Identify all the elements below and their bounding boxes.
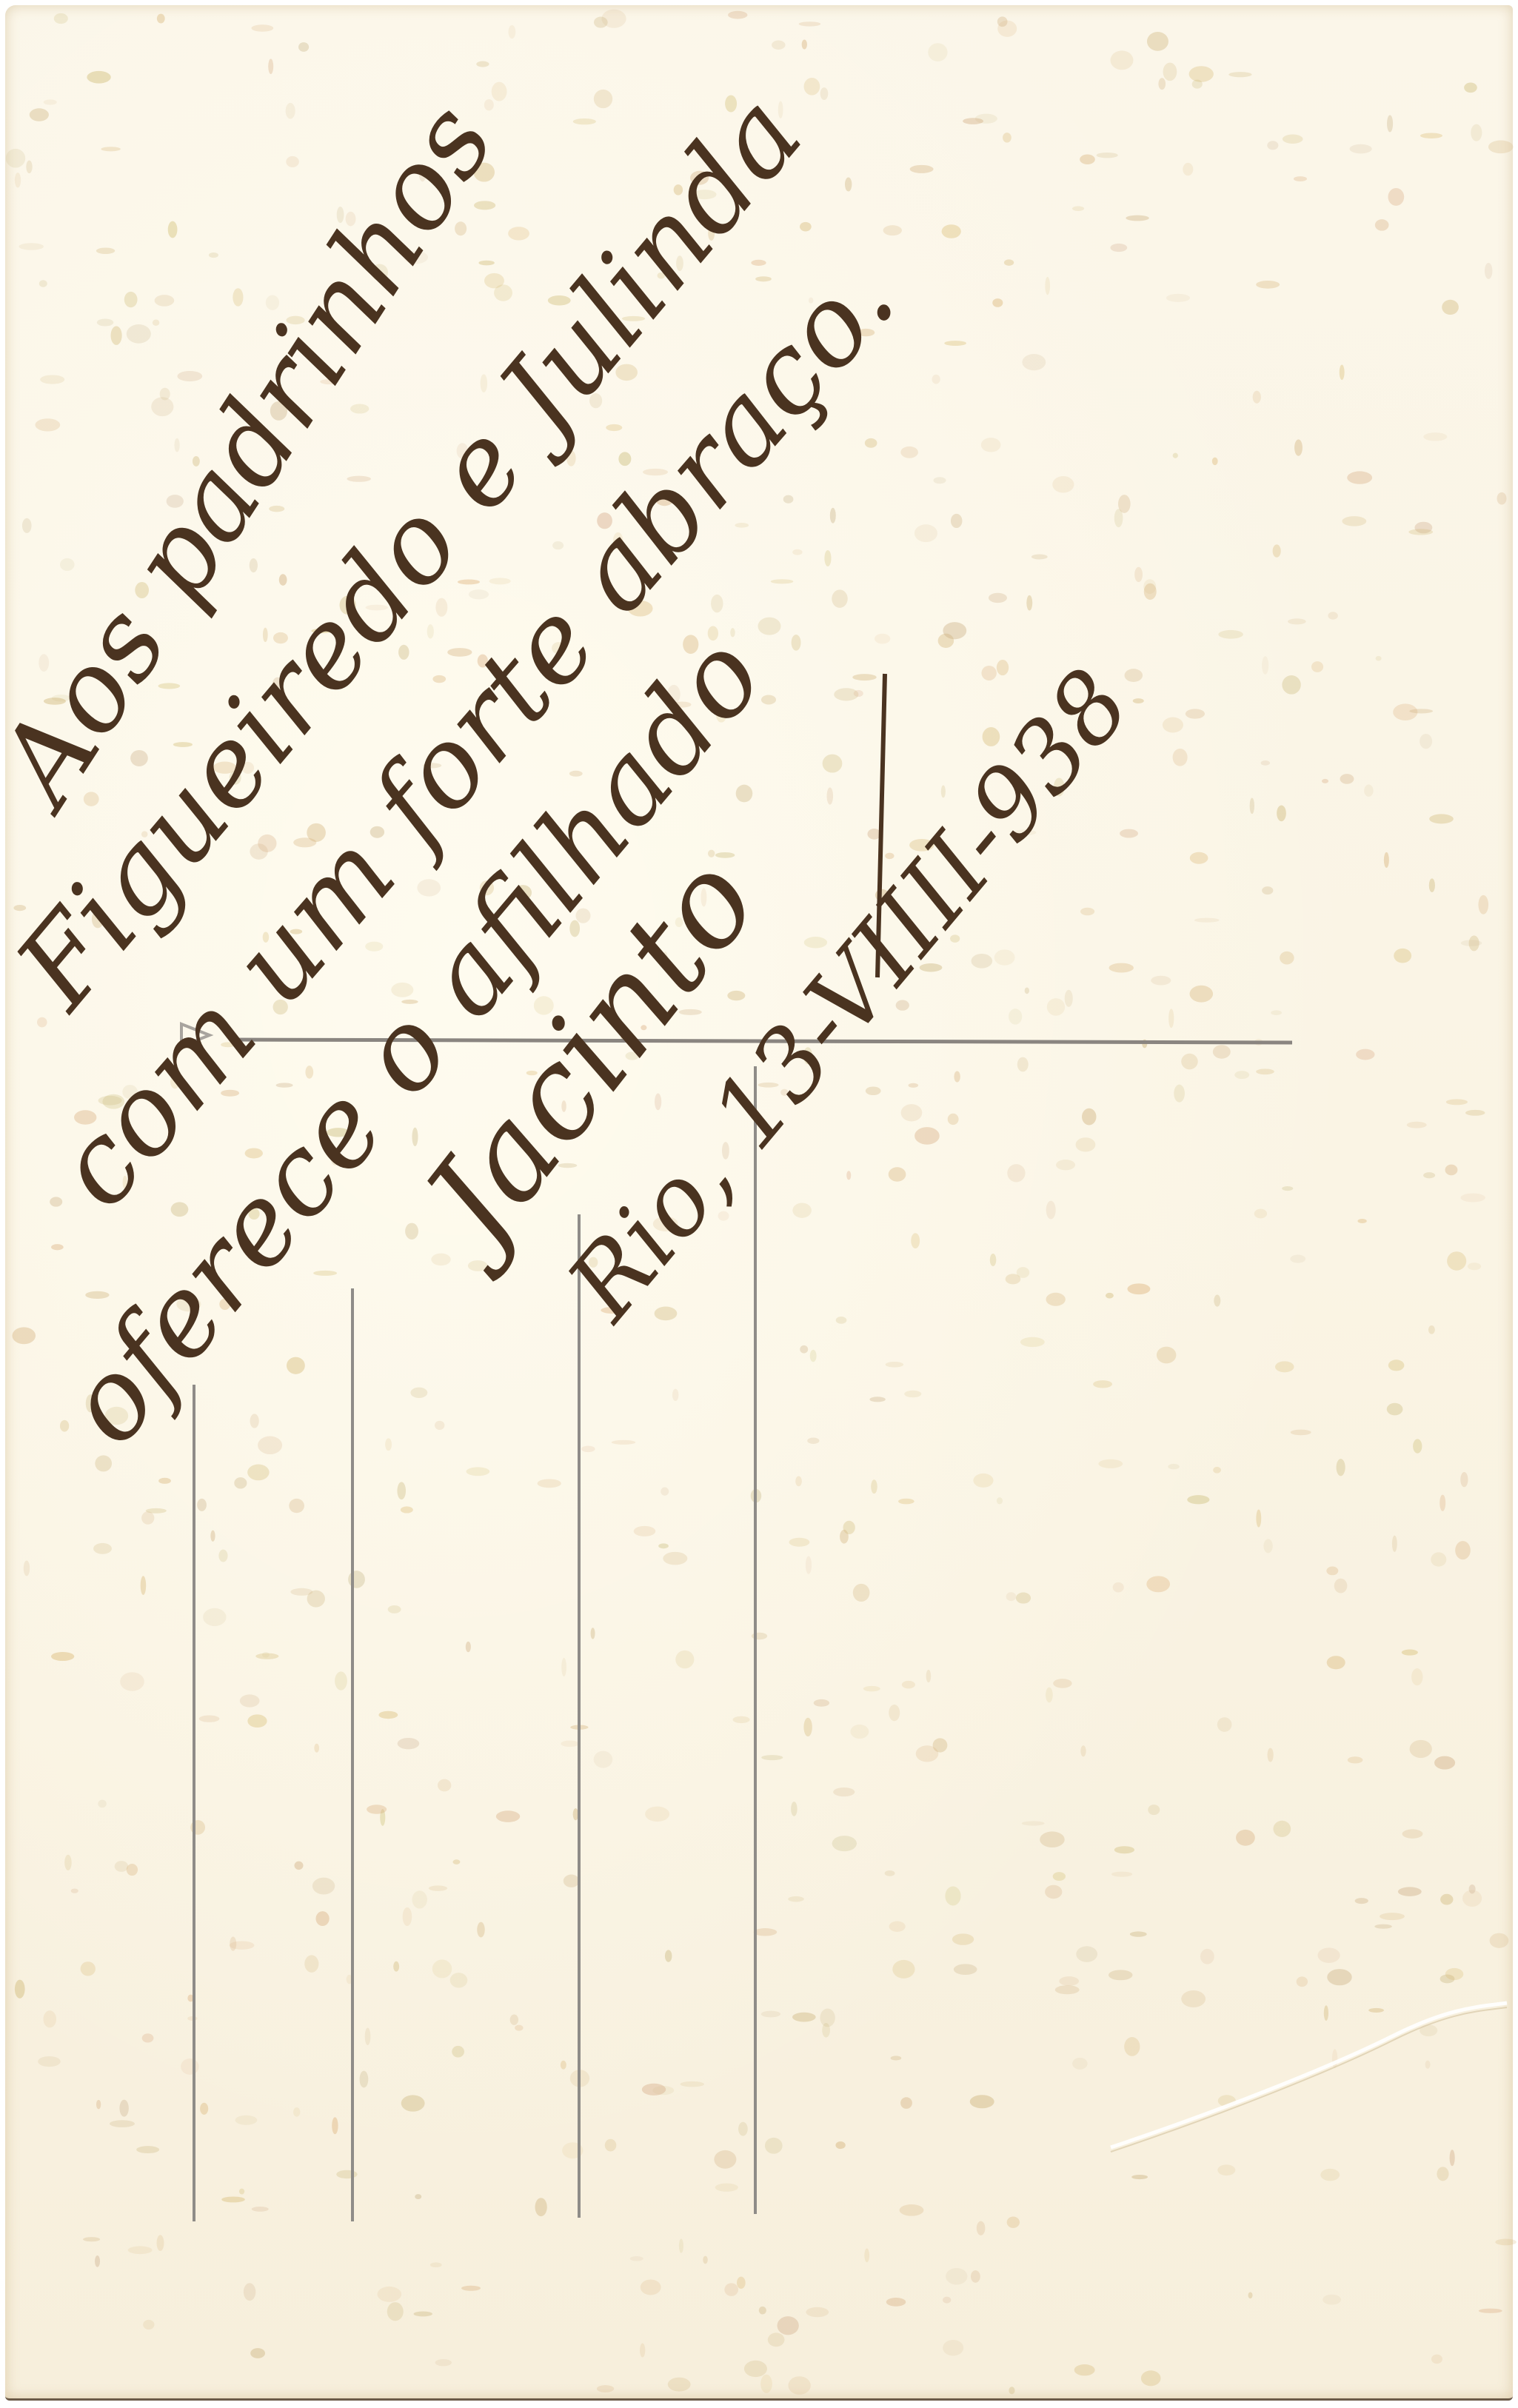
handwriting-layer: Aos padrinhos Figueiredo e Julinda com u…	[0, 0, 1518, 2408]
